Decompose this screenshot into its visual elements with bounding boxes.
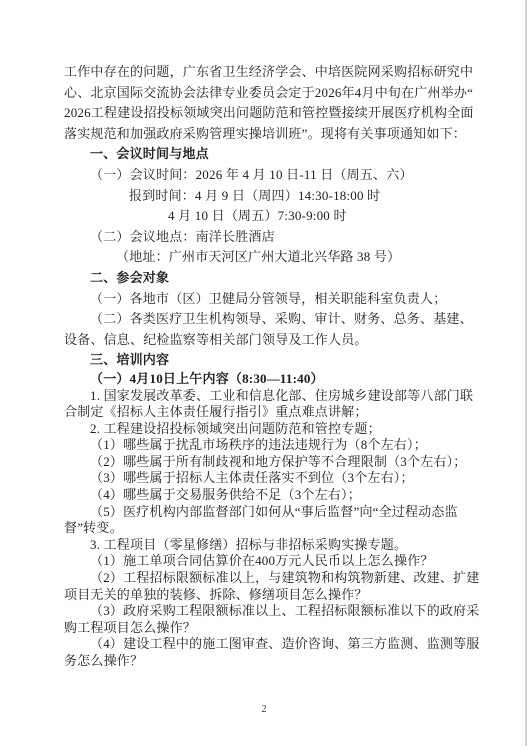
doc-line: 2. 工程建设招投标领域突出问题防范和管控专题； [64,421,464,438]
doc-line: 二、参会对象 [64,268,464,289]
doc-line: （3）哪些属于招标人主体责任落实不到位（3个左右）； [64,470,464,487]
doc-line: （2）哪些属于所有制歧视和地方保护等不合理限制（3个左右）； [64,454,464,471]
doc-line: （1）施工单项合同估算价在400万元人民币以上怎么操作？ [64,553,464,570]
doc-line: （4）哪些属于交易服务供给不足（3个左右）； [64,487,464,504]
doc-line: 3. 工程项目（零星修缮）招标与非招标采购实操专题。 [64,537,464,554]
doc-line: 务怎么操作？ [64,653,464,670]
doc-line: 4 月 10 日（周五）7:30-9:00 时 [64,206,464,227]
doc-line: 一、会议时间与地点 [64,144,464,165]
doc-line: 2026工程建设招投标领域突出问题防范和管控暨接续开展医疗机构全面 [64,103,464,124]
doc-line: （1）哪些属于扰乱市场秩序的违法违规行为（8个左右）； [64,437,464,454]
doc-line: 三、培训内容 [64,350,464,371]
notice-body: 工作中存在的问题，广东省卫生经济学会、中培医院网采购招标研究中心、北京国际交流协… [64,62,464,670]
notice-body-lower-section: （一）4月10日上午内容（8:30—11:40）1. 国家发展改革委、工业和信息… [64,371,464,670]
doc-line: 合制定《招标人主体责任履行指引》重点难点讲解； [64,404,464,421]
doc-line: （2）工程招标限额标准以上，与建筑物和构筑物新建、改建、扩建 [64,570,464,587]
doc-line: （一）4月10日上午内容（8:30—11:40） [64,371,464,388]
doc-line: （3）政府采购工程限额标准以上、工程招标限额标准以下的政府采 [64,603,464,620]
doc-line: 1. 国家发展改革委、工业和信息化部、住房城乡建设部等八部门联 [64,388,464,405]
page-number: 2 [0,704,528,715]
doc-line: 工作中存在的问题，广东省卫生经济学会、中培医院网采购招标研究中 [64,62,464,83]
doc-line: （二）会议地点：南洋长胜酒店 [64,227,464,248]
doc-line: （5）医疗机构内部监督部门如何从“事后监督”向“全过程动态监 [64,504,464,521]
doc-line: 心、北京国际交流协会法律专业委员会定于2026年4月中旬在广州举办“ [64,83,464,104]
doc-line: 报到时间：4 月 9 日（周四）14:30-18:00 时 [64,186,464,207]
notice-body-upper-section: 工作中存在的问题，广东省卫生经济学会、中培医院网采购招标研究中心、北京国际交流协… [64,62,464,371]
doc-line: （地址：广州市天河区广州大道北兴华路 38 号） [64,247,464,268]
page-right-edge-line [525,0,527,746]
doc-line: 设备、信息、纪检监察等相关部门领导及工作人员。 [64,330,464,351]
doc-line: 落实规范和加强政府采购管理实操培训班”。现将有关事项通知如下： [64,124,464,145]
doc-line: 督”转变。 [64,520,464,537]
doc-line: 项目无关的单独的装修、拆除、修缮项目怎么操作？ [64,587,464,604]
document-page: 工作中存在的问题，广东省卫生经济学会、中培医院网采购招标研究中心、北京国际交流协… [0,0,528,746]
doc-line: （一）会议时间：2026 年 4 月 10 日-11 日（周五、六） [64,165,464,186]
doc-line: （4）建设工程中的施工图审查、造价咨询、第三方监测、监测等服 [64,636,464,653]
doc-line: （二）各类医疗卫生机构领导、采购、审计、财务、总务、基建、 [64,309,464,330]
doc-line: （一）各地市（区）卫健局分管领导，相关职能科室负责人； [64,289,464,310]
doc-line: 购工程项目怎么操作？ [64,620,464,637]
